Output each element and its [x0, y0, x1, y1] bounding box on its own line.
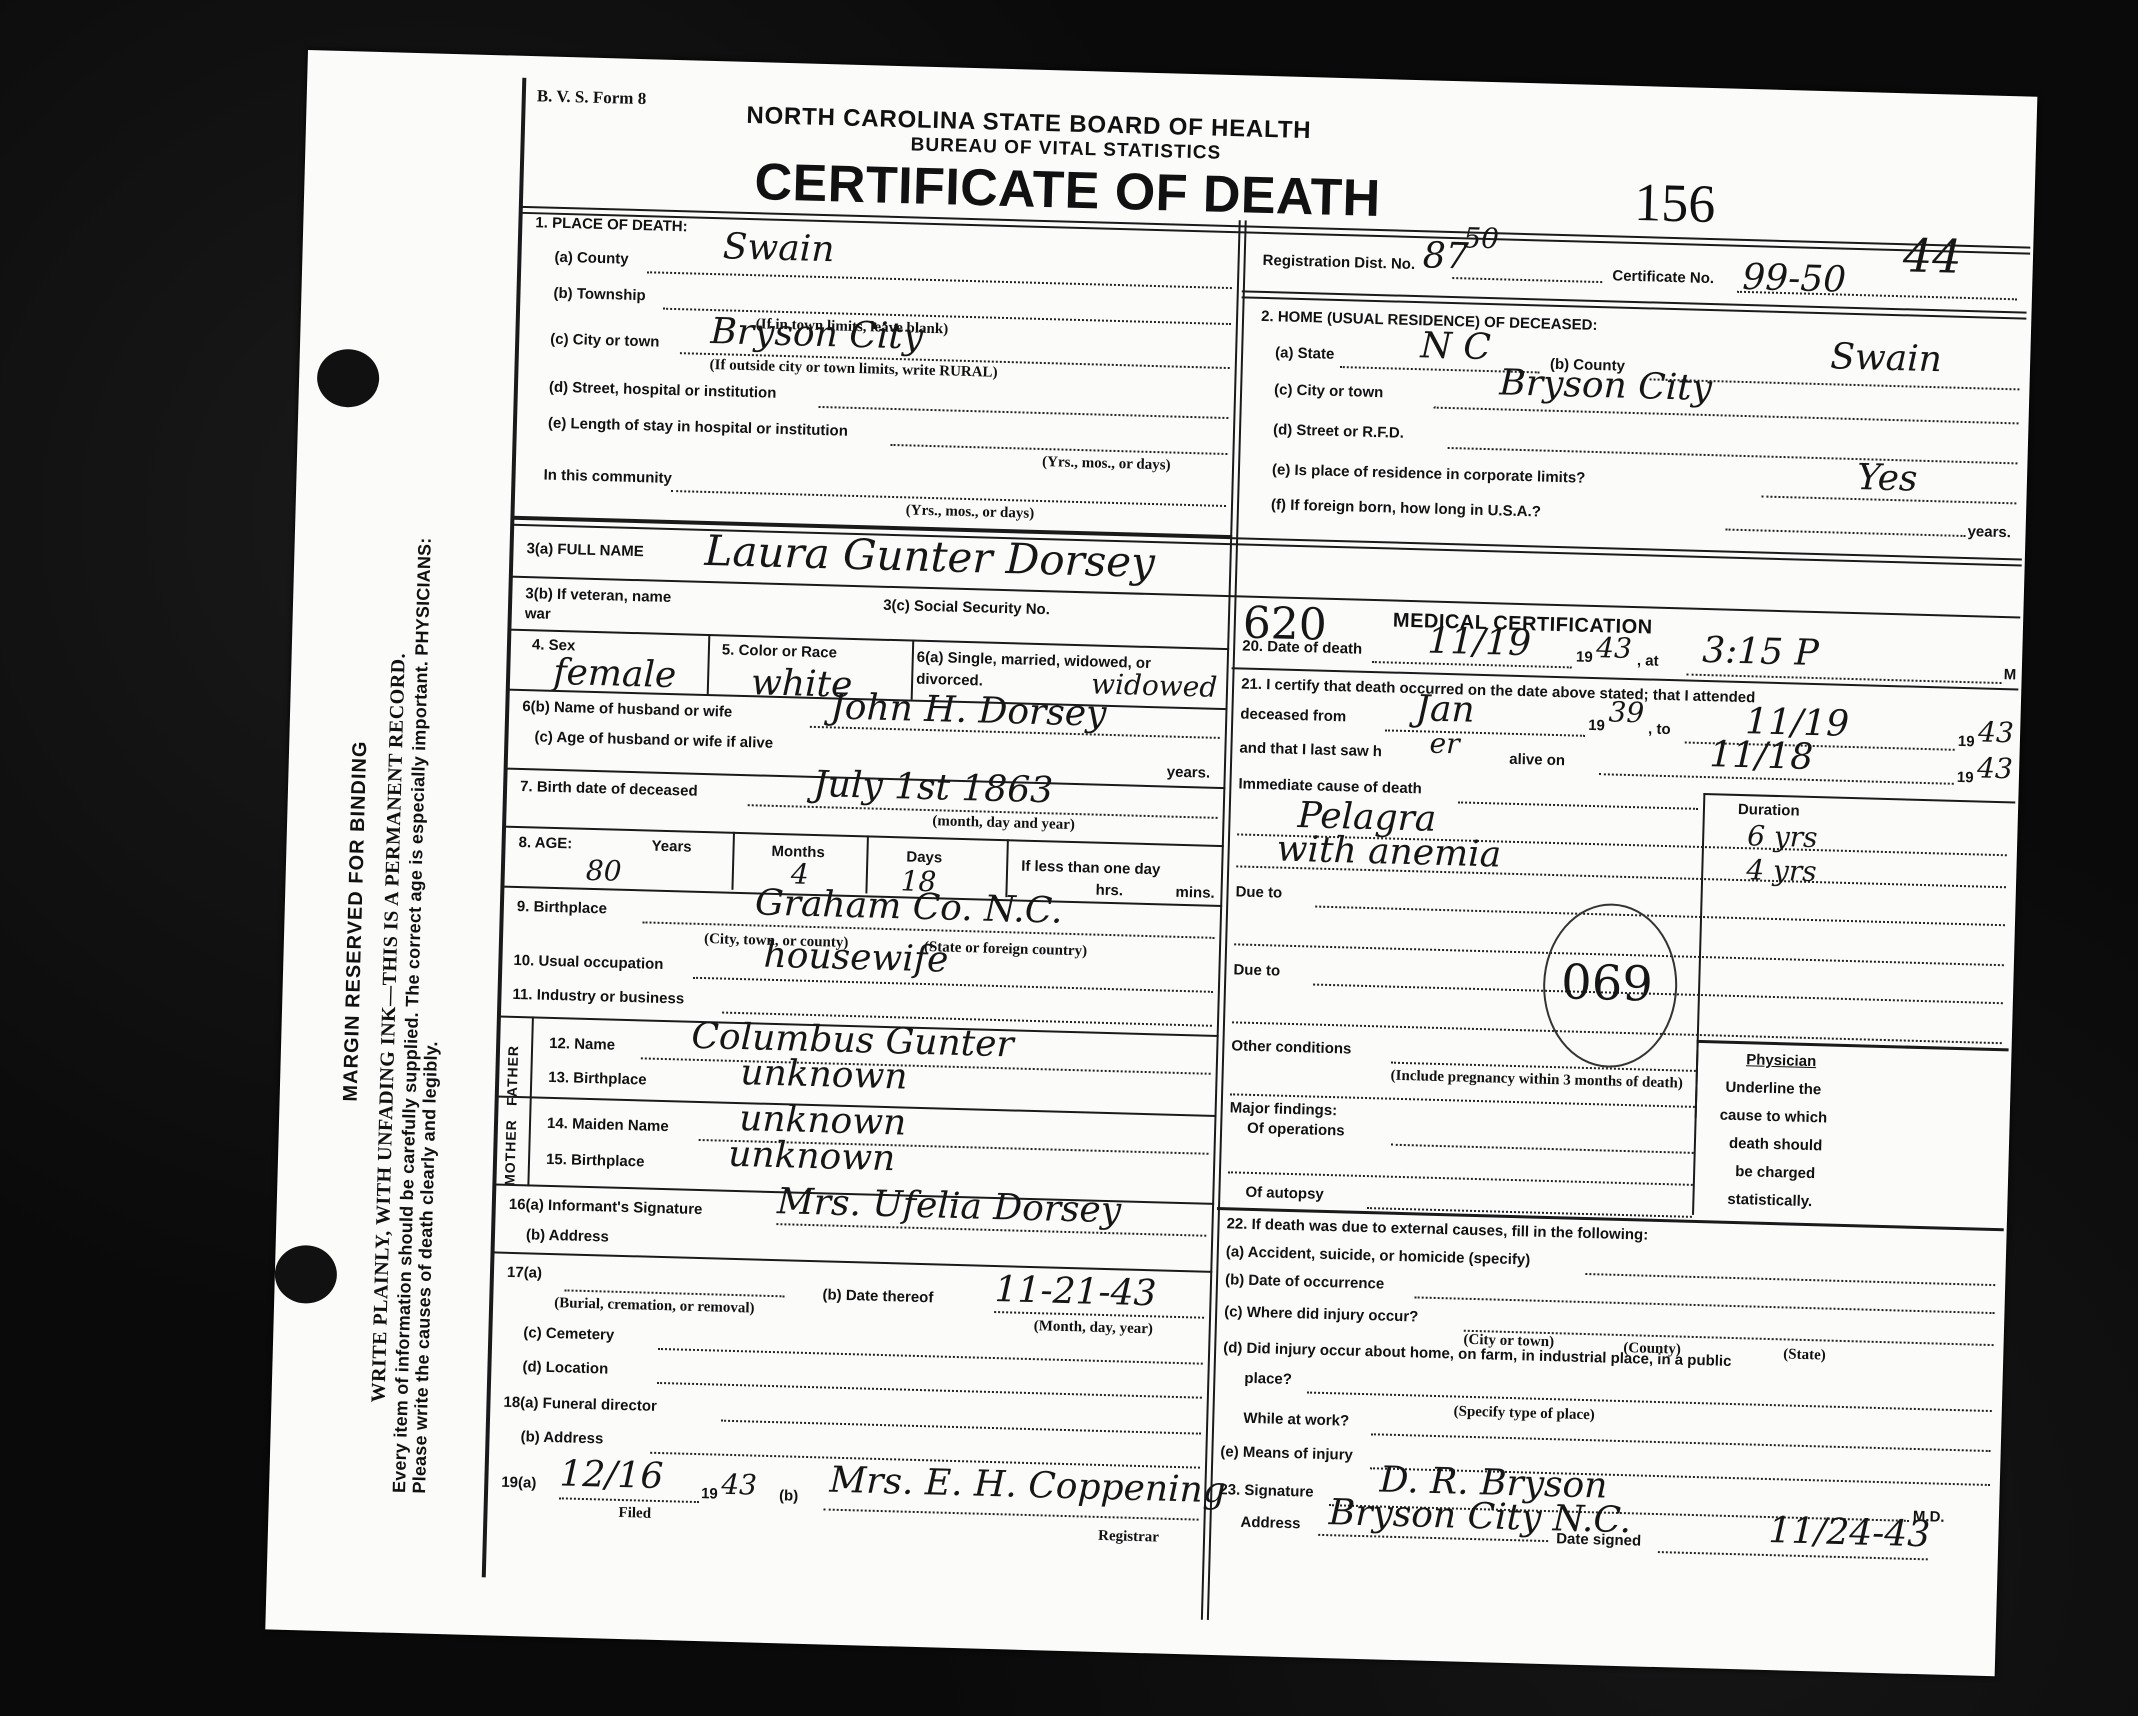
home-foreign-label: (f) If foreign born, how long in U.S.A.?: [1271, 496, 1541, 520]
physician-column-divider: [1692, 1040, 1699, 1215]
marital-value: widowed: [1091, 667, 1218, 703]
home-state-label: (a) State: [1275, 344, 1335, 363]
death-date-label: 20. Date of death: [1242, 637, 1362, 657]
full-name-label: 3(a) FULL NAME: [526, 540, 644, 560]
birthplace-value: Graham Co. N.C.: [755, 882, 1063, 931]
home-city-line: [1434, 407, 2019, 425]
binding-hole-top: [316, 348, 380, 408]
pod-township-label: (b) Township: [553, 285, 646, 304]
informant-address-label: (b) Address: [526, 1226, 609, 1245]
death-certificate-page: MARGIN RESERVED FOR BINDING WRITE PLAINL…: [265, 50, 2037, 1676]
duration2-value: 4 yrs: [1746, 853, 1817, 888]
informant-signature-label: 16(a) Informant's Signature: [509, 1196, 703, 1218]
registrar-line: [824, 1508, 1199, 1520]
duration-label: Duration: [1738, 801, 1800, 820]
attended-from-year-prefix: 19: [1588, 717, 1605, 734]
pod-community-note: (Yrs., mos., or days): [906, 502, 1035, 522]
death-time-value: 3:15 P: [1702, 630, 1820, 674]
external-a-line: [1585, 1273, 1995, 1286]
registrar-note: Registrar: [1098, 1528, 1159, 1547]
page-number: 156: [1634, 171, 1717, 235]
birth-rule: [504, 826, 1224, 847]
home-corporate-value: Yes: [1856, 457, 1918, 500]
place-of-death-heading: 1. PLACE OF DEATH:: [535, 214, 688, 235]
informant-rule: [493, 1251, 1213, 1272]
home-corporate-label: (e) Is place of residence in corporate l…: [1272, 461, 1586, 486]
pod-street-line: [819, 406, 1229, 419]
alive-on-label: alive on: [1509, 751, 1565, 770]
birth-date-label: 7. Birth date of deceased: [520, 778, 698, 800]
external-work-line: [1371, 1433, 1991, 1452]
home-foreign-line: [1726, 529, 1966, 537]
filing-b-label: (b): [779, 1487, 799, 1505]
margin-binding-text: MARGIN RESERVED FOR BINDING: [340, 740, 373, 1102]
registration-dist-value: 87: [1422, 235, 1469, 277]
burial-a-note: (Burial, cremation, or removal): [554, 1295, 755, 1317]
external-e-label: (e) Means of injury: [1220, 1443, 1353, 1464]
last-saw-value: 11/18: [1709, 734, 1814, 778]
attended-from-value: Jan: [1415, 688, 1475, 731]
last-saw-pronoun: er: [1429, 727, 1460, 761]
cause-line2: [1236, 865, 2006, 888]
physician-note-5: statistically.: [1727, 1191, 1812, 1210]
veteran-label: 3(b) If veteran, name war: [525, 584, 686, 628]
external-d-label-2: place?: [1244, 1370, 1292, 1388]
death-date-value: 11/19: [1427, 621, 1532, 665]
physician-note-2: cause to which: [1719, 1107, 1827, 1127]
death-year-prefix: 19: [1576, 649, 1593, 666]
funeral-address-label: (b) Address: [520, 1428, 603, 1447]
pod-stay-line: [891, 444, 1228, 455]
immediate-cause-label: Immediate cause of death: [1238, 775, 1422, 797]
occupation-value: housewife: [763, 935, 949, 981]
classification-code: 069: [1560, 954, 1653, 1012]
immediate-cause-line: [1458, 801, 1698, 809]
cemetery-line: [658, 1348, 1203, 1365]
burial-date-label: (b) Date thereof: [822, 1286, 933, 1306]
attended-from-year: 39: [1608, 695, 1645, 729]
funeral-director-label: 18(a) Funeral director: [503, 1394, 657, 1415]
mother-birthplace-label: 15. Birthplace: [546, 1151, 645, 1171]
registration-dist-line: [1452, 277, 1602, 283]
filed-note: Filed: [618, 1505, 651, 1523]
burial-date-note: (Month, day, year): [1034, 1318, 1154, 1338]
pod-county-value: Swain: [722, 226, 835, 270]
age-hrs-label: hrs.: [1095, 882, 1123, 900]
father-birthplace-label: 13. Birthplace: [548, 1069, 647, 1089]
physician-note-1: Underline the: [1725, 1079, 1821, 1099]
pod-city-value: Bryson City: [710, 311, 924, 358]
cemetery-label: (c) Cemetery: [523, 1324, 614, 1343]
age-mins-label: mins.: [1175, 884, 1215, 902]
autopsy-label: Of autopsy: [1245, 1184, 1324, 1203]
external-c-label: (c) Where did injury occur?: [1224, 1303, 1419, 1325]
filed-year-value: 43: [721, 1468, 758, 1502]
home-state-value: N C: [1420, 325, 1492, 368]
age-years-label: Years: [651, 838, 691, 856]
death-at-label: , at: [1637, 652, 1659, 670]
last-saw-year: 43: [1977, 751, 2014, 785]
attended-to-year-prefix: 19: [1958, 733, 1975, 750]
pod-community-label: In this community: [543, 467, 672, 487]
father-birthplace-value: unknown: [740, 1052, 908, 1098]
parents-tag-divider: [527, 1016, 534, 1186]
external-c-note-state: (State): [1783, 1346, 1826, 1364]
occupation-label: 10. Usual occupation: [513, 952, 663, 973]
funeral-director-line: [721, 1420, 1201, 1435]
attended-to-label: , to: [1648, 721, 1671, 739]
pod-stay-label: (e) Length of stay in hospital or instit…: [548, 415, 848, 440]
pod-city-label: (c) City or town: [550, 331, 660, 351]
burial-date-value: 11-21-43: [994, 1269, 1157, 1314]
major-findings-label: Major findings:: [1229, 1099, 1337, 1119]
external-b-label: (b) Date of occurrence: [1225, 1271, 1385, 1292]
pod-county-label: (a) County: [554, 249, 629, 268]
age-less-label: If less than one day: [1021, 858, 1161, 879]
operations-line: [1391, 1144, 1694, 1154]
attended-from-line: [1385, 729, 1585, 736]
death-time-suffix: M: [2003, 666, 2016, 683]
home-county-value: Swain: [1830, 336, 1943, 380]
mother-tag: MOTHER: [501, 1119, 519, 1186]
signature-address-label: Address: [1240, 1514, 1300, 1533]
birth-date-note: (month, day and year): [932, 813, 1075, 834]
date-signed-value: 11/24-43: [1768, 1510, 1931, 1555]
home-city-value: Bryson City: [1499, 362, 1713, 409]
external-b-line: [1415, 1296, 1995, 1314]
home-city-label: (c) City or town: [1274, 381, 1384, 401]
birthplace-label: 9. Birthplace: [517, 898, 607, 917]
filed-date-value: 12/16: [559, 1453, 664, 1497]
attended-to-year: 43: [1978, 715, 2015, 749]
location-label: (d) Location: [522, 1358, 608, 1377]
age-years-divider: [731, 832, 735, 890]
filing-a-label: 19(a): [501, 1474, 536, 1492]
external-work-label: While at work?: [1243, 1410, 1349, 1430]
certificate-no-superscript: 44: [1902, 228, 1962, 284]
spouse-label: 6(b) Name of husband or wife: [522, 698, 732, 721]
mother-birthplace-value: unknown: [728, 1134, 896, 1180]
due-to-label-2: Due to: [1233, 961, 1280, 979]
other-conditions-label: Other conditions: [1231, 1037, 1351, 1057]
registration-dist-superscript: 50: [1463, 221, 1500, 255]
age-years-value: 80: [585, 854, 622, 888]
birth-date-value: July 1st 1863: [813, 764, 1054, 811]
signature-label: 23. Signature: [1219, 1481, 1314, 1501]
father-name-label: 12. Name: [549, 1035, 615, 1054]
form-id: B. V. S. Form 8: [537, 86, 647, 109]
due-to-label-1: Due to: [1235, 883, 1282, 901]
industry-label: 11. Industry or business: [512, 986, 684, 1008]
spouse-age-label: (c) Age of husband or wife if alive: [534, 728, 773, 751]
location-line: [657, 1382, 1202, 1399]
attended-from-label: deceased from: [1240, 705, 1346, 725]
pod-stay-note: (Yrs., mos., or days): [1042, 454, 1171, 474]
operations-line-2: [1228, 1171, 1693, 1186]
physician-title: Physician: [1746, 1051, 1816, 1070]
date-signed-label: Date signed: [1556, 1530, 1641, 1549]
operations-label: Of operations: [1247, 1120, 1345, 1140]
mother-maiden-label: 14. Maiden Name: [547, 1115, 669, 1135]
filed-date-line: [559, 1497, 699, 1503]
due-to-line-1: [1315, 906, 2005, 927]
last-saw-year-prefix: 19: [1957, 769, 1974, 786]
duration1-value: 6 yrs: [1747, 819, 1818, 854]
pod-county-line: [647, 271, 1232, 289]
external-d-note: (Specify type of place): [1453, 1403, 1595, 1424]
binding-hole-bottom: [274, 1245, 338, 1305]
external-d-line: [1307, 1392, 1992, 1413]
last-saw-label: and that I last saw h: [1239, 739, 1382, 760]
home-street-line: [1448, 447, 2018, 464]
sex-race-divider: [707, 634, 711, 694]
physician-note-4: be charged: [1735, 1163, 1815, 1182]
age-label: 8. AGE:: [518, 834, 572, 852]
external-a-label: (a) Accident, suicide, or homicide (spec…: [1226, 1243, 1531, 1268]
form-center-divider: [1201, 220, 1247, 1620]
veteran-rule: [509, 629, 1229, 650]
occupation-line: [693, 977, 1213, 993]
filed-year-prefix: 19: [701, 1485, 718, 1502]
death-year-value: 43: [1596, 631, 1633, 665]
certificate-no-label: Certificate No.: [1612, 267, 1714, 287]
burial-a-label: 17(a): [507, 1264, 542, 1282]
physician-note-3: death should: [1729, 1135, 1823, 1155]
pod-street-label: (d) Street, hospital or institution: [549, 379, 777, 402]
race-label: 5. Color or Race: [722, 641, 837, 661]
home-street-label: (d) Street or R.F.D.: [1273, 421, 1404, 442]
registration-dist-label: Registration Dist. No.: [1262, 252, 1415, 273]
other-conditions-note: (Include pregnancy within 3 months of de…: [1390, 1068, 1683, 1093]
home-foreign-unit: years.: [1967, 523, 2011, 541]
ssn-label: 3(c) Social Security No.: [883, 596, 1063, 621]
spouse-age-unit: years.: [1167, 763, 1211, 781]
